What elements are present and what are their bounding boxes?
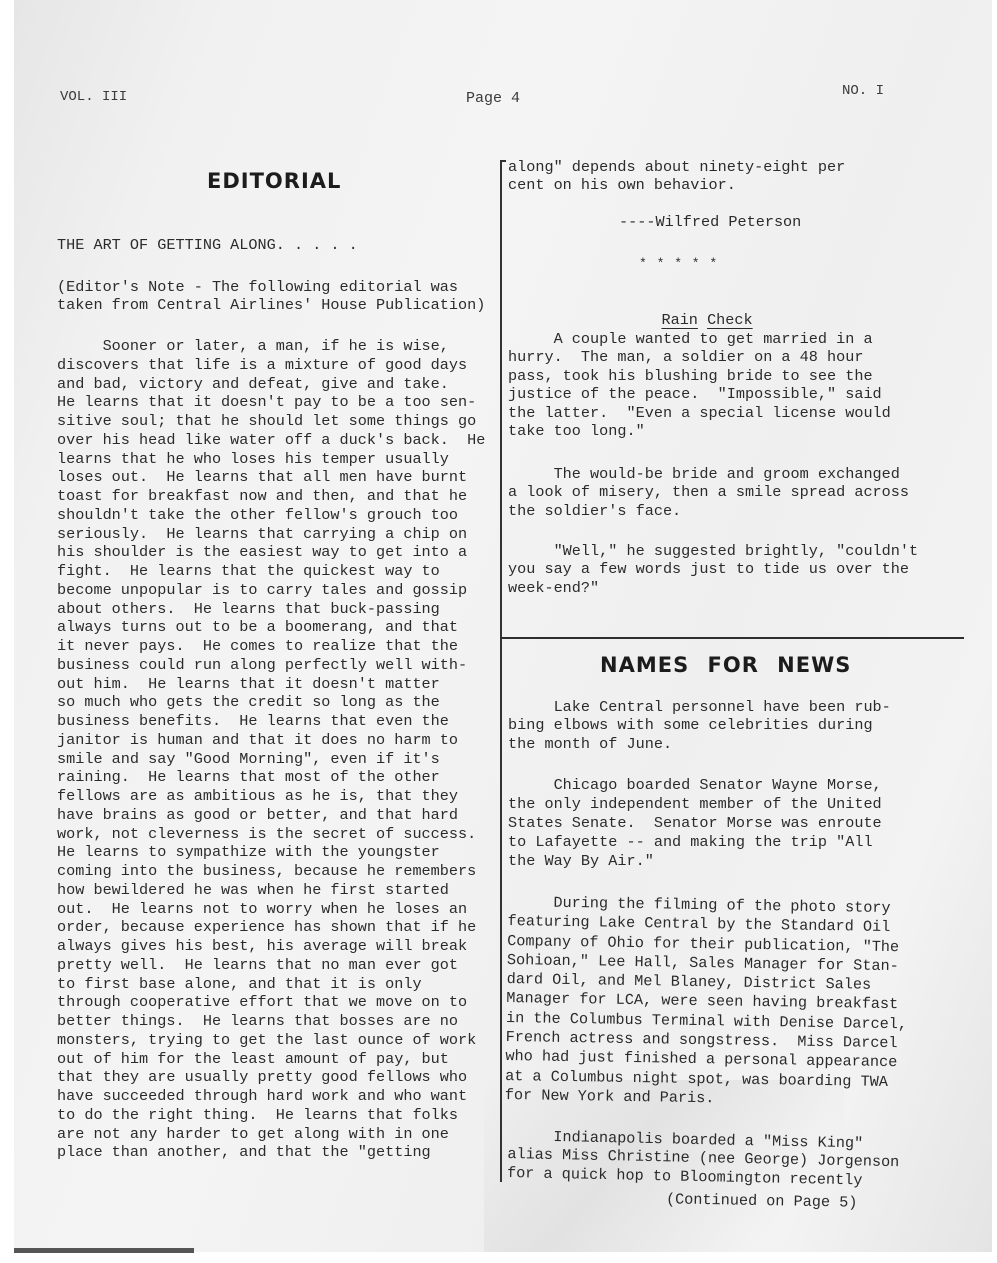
editorial-line: out of him for the least amount of pay, … xyxy=(57,1050,485,1069)
names-line: to Lafayette -- and making the trip "All xyxy=(508,833,882,852)
editorial-line: out. He learns not to worry when he lose… xyxy=(57,900,485,919)
editorial-line: coming into the business, because he rem… xyxy=(57,862,485,881)
editors-note-line: (Editor's Note - The following editorial… xyxy=(57,278,485,296)
rain-check-line: the soldier's face. xyxy=(508,502,909,520)
editorial-line: to first base alone, and that it is only xyxy=(57,975,485,994)
editorial-line: business could run along perfectly well … xyxy=(57,656,485,675)
newsletter-page: VOL. III Page 4 NO. I EDITORIAL THE ART … xyxy=(14,0,992,1252)
editorial-line: have brains as good or better, and that … xyxy=(57,806,485,825)
editorial-continuation: along" depends about ninety-eight percen… xyxy=(508,158,845,195)
editorial-line: along" depends about ninety-eight per xyxy=(508,158,845,176)
editorial-line: always gives his best, his average will … xyxy=(57,937,485,956)
rain-check-paragraph: A couple wanted to get married in ahurry… xyxy=(508,330,891,440)
editorial-line: seriously. He learns that carrying a chi… xyxy=(57,525,485,544)
rain-check-line: justice of the peace. "Impossible," said xyxy=(508,385,891,403)
names-paragraph: During the filming of the photo storyfea… xyxy=(505,893,909,1112)
page-margin-right xyxy=(992,0,997,1263)
editorial-line: smile and say "Good Morning", even if it… xyxy=(57,750,485,769)
editorial-line: monsters, trying to get the last ounce o… xyxy=(57,1031,485,1050)
names-line: Chicago boarded Senator Wayne Morse, xyxy=(508,776,882,795)
editorial-line: it never pays. He comes to realize that … xyxy=(57,637,485,656)
editorial-line: sitive soul; that he should let some thi… xyxy=(57,412,485,431)
rain-check-line: you say a few words just to tide us over… xyxy=(508,560,918,578)
editorial-line: discovers that life is a mixture of good… xyxy=(57,356,485,375)
editorial-line: to do the right thing. He learns that fo… xyxy=(57,1106,485,1125)
editorial-line: raining. He learns that most of the othe… xyxy=(57,768,485,787)
rain-check-line: week-end?" xyxy=(508,579,918,597)
editorial-line: learns that he who loses his temper usua… xyxy=(57,450,485,469)
page-margin-bottom xyxy=(0,1252,997,1263)
names-paragraph: Lake Central personnel have been rub-bin… xyxy=(508,698,891,753)
editorial-line: about others. He learns that buck-passin… xyxy=(57,600,485,619)
editorial-body: Sooner or later, a man, if he is wise,di… xyxy=(57,337,485,1162)
names-paragraph: Chicago boarded Senator Wayne Morse,the … xyxy=(508,776,882,871)
names-line: Lake Central personnel have been rub- xyxy=(508,698,891,716)
issue-number: NO. I xyxy=(842,82,884,100)
rain-check-line: A couple wanted to get married in a xyxy=(508,330,891,348)
rain-check-title-word: Check xyxy=(707,311,753,329)
editorial-line: shouldn't take the other fellow's grouch… xyxy=(57,506,485,525)
editorial-line: business benefits. He learns that even t… xyxy=(57,712,485,731)
editorial-line: Sooner or later, a man, if he is wise, xyxy=(57,337,485,356)
editorial-line: toast for breakfast now and then, and th… xyxy=(57,487,485,506)
editorial-line: fellows are as ambitious as he is, that … xyxy=(57,787,485,806)
editorial-title: THE ART OF GETTING ALONG. . . . . xyxy=(57,236,358,254)
continued-note: (Continued on Page 5) xyxy=(666,1190,858,1212)
column-divider xyxy=(500,160,502,1182)
volume-label: VOL. III xyxy=(60,88,127,106)
editorial-line: over his head like water off a duck's ba… xyxy=(57,431,485,450)
editorial-line: always turns out to be a boomerang, and … xyxy=(57,618,485,637)
editorial-line: place than another, and that the "gettin… xyxy=(57,1143,485,1162)
scan-edge-strip xyxy=(14,1248,194,1253)
editorial-line: pretty well. He learns that no man ever … xyxy=(57,956,485,975)
editorial-line: through cooperative effort that we move … xyxy=(57,993,485,1012)
rain-check-line: pass, took his blushing bride to see the xyxy=(508,367,891,385)
page-margin-left xyxy=(0,0,14,1263)
editorial-line: that they are usually pretty good fellow… xyxy=(57,1068,485,1087)
names-line: the Way By Air." xyxy=(508,852,882,871)
names-for-news-heading: NAMES FOR NEWS xyxy=(600,656,851,674)
names-paragraph: Indianapolis boarded a "Miss King"alias … xyxy=(507,1127,900,1190)
rain-check-line: "Well," he suggested brightly, "couldn't xyxy=(508,542,918,560)
editorial-attribution: ----Wilfred Peterson xyxy=(619,213,801,231)
editorial-line: fight. He learns that the quickest way t… xyxy=(57,562,485,581)
editorial-line: order, because experience has shown that… xyxy=(57,918,485,937)
editorial-line: how bewildered he was when he first star… xyxy=(57,881,485,900)
names-line: bing elbows with some celebrities during xyxy=(508,716,891,734)
editorial-line: cent on his own behavior. xyxy=(508,176,845,194)
page-number: Page 4 xyxy=(466,90,520,108)
editorial-line: his shoulder is the easiest way to get i… xyxy=(57,543,485,562)
editorial-line: janitor is human and that it does no har… xyxy=(57,731,485,750)
editorial-line: work, not cleverness is the secret of su… xyxy=(57,825,485,844)
rain-check-line: hurry. The man, a soldier on a 48 hour xyxy=(508,348,891,366)
editorial-line: have succeeded through hard work and who… xyxy=(57,1087,485,1106)
editorial-line: and bad, victory and defeat, give and ta… xyxy=(57,375,485,394)
editorial-line: better things. He learns that bosses are… xyxy=(57,1012,485,1031)
editors-note-line: taken from Central Airlines' House Publi… xyxy=(57,296,485,314)
editors-note: (Editor's Note - The following editorial… xyxy=(57,278,485,315)
editorial-line: are not any harder to get along with in … xyxy=(57,1125,485,1144)
rain-check-line: The would-be bride and groom exchanged xyxy=(508,465,909,483)
editorial-line: out him. He learns that it doesn't matte… xyxy=(57,675,485,694)
editorial-line: loses out. He learns that all men have b… xyxy=(57,468,485,487)
names-line: the month of June. xyxy=(508,735,891,753)
rain-check-line: take too long." xyxy=(508,422,891,440)
rain-check-line: a look of misery, then a smile spread ac… xyxy=(508,483,909,501)
rain-check-line: the latter. "Even a special license woul… xyxy=(508,404,891,422)
rain-check-paragraph: "Well," he suggested brightly, "couldn't… xyxy=(508,542,918,597)
section-divider xyxy=(501,637,964,639)
editorial-line: He learns that it doesn't pay to be a to… xyxy=(57,393,485,412)
names-line: the only independent member of the Unite… xyxy=(508,795,882,814)
rain-check-paragraph: The would-be bride and groom exchangeda … xyxy=(508,465,909,520)
section-separator: * * * * * xyxy=(639,255,718,273)
names-line: States Senate. Senator Morse was enroute xyxy=(508,814,882,833)
rain-check-title-word: Rain xyxy=(661,311,697,329)
editorial-heading: EDITORIAL xyxy=(207,172,341,190)
editorial-line: become unpopular is to carry tales and g… xyxy=(57,581,485,600)
column-bracket xyxy=(500,160,506,162)
editorial-line: He learns to sympathize with the youngst… xyxy=(57,843,485,862)
editorial-line: so much who gets the credit so long as t… xyxy=(57,693,485,712)
